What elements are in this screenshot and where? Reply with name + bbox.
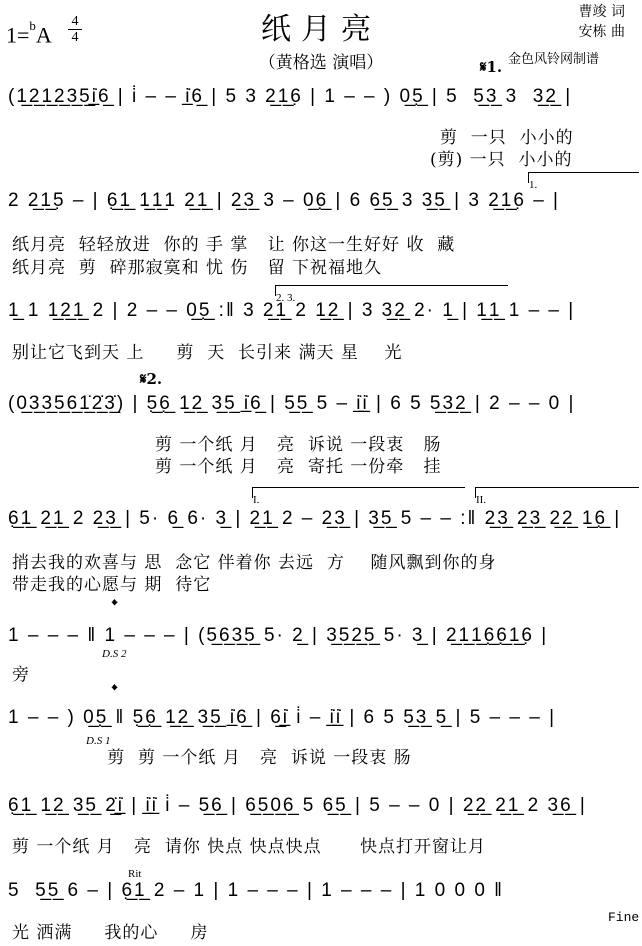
lyric-line-9a: 光 洒满 我的心 房 xyxy=(12,918,208,943)
score-line-2: 2 2̲1̲5̣ – | 6̣̲1̲ 1̲1̲1 2̲1̲ | 2̲3̲ 3 –… xyxy=(8,190,638,230)
score-line-9: 5 5̲5̲ 6 – | 6̣̲1̲ 2 – 1 | 1 – – – | 1 –… xyxy=(8,880,638,920)
score-line-5: 6̣̲1̲ 2̲1̲ 2 2̲3̲ | 5· 6̲ 6· 3̲ | 2̲1̲ 2… xyxy=(8,508,638,548)
coda-mark-2: 𝄌 xyxy=(112,681,117,699)
lyric-line-2b: 纸月亮 剪 碎那寂寞和 忧 伤 留 下祝福地久 xyxy=(12,253,382,278)
score-line-7: 1 – – ) 0̲5̣̲ ‖ 5̣̲6̣̲ 1̲2̲ 3̲5̲ i̲̇6̲ |… xyxy=(8,707,638,747)
score-line-4: (0̲3̲3̲5̲6̲1̲̇2̲̇3̲̇) | 5̣̲6̣̲ 1̲2̲ 3̲5̲… xyxy=(8,393,638,433)
volta-II-bracket: II. xyxy=(475,487,639,498)
lyricist: 曹竣 词 xyxy=(545,2,625,22)
lyric-line-5b: 带走我的心愿与 期 待它 xyxy=(12,570,211,595)
lyric-line-2a: 纸月亮 轻轻放进 你的 手 掌 让 你这一生好好 收 藏 xyxy=(12,230,455,255)
volta-I-bracket: I. xyxy=(252,487,465,498)
segno-1-mark: 𝄋1. xyxy=(480,58,502,76)
score-line-8: 6̣̲1̲ 1̲2̲ 3̲5̲ 2̲̇i̲̇ | i̲̇i̲̇ i̇ – 5̲6… xyxy=(8,795,638,835)
coda-mark: 𝄌 xyxy=(112,596,117,614)
score-line-6: 1 – – – ‖ 1 – – – | (5̲6̲3̲5̲ 5· 2̲ | 3̲… xyxy=(8,625,638,665)
lyric-line-7a: 剪 剪 一个纸 月 亮 诉说 一段衷 肠 xyxy=(88,743,412,768)
credits: 曹竣 词 安栋 曲 xyxy=(545,2,625,42)
composer: 安栋 曲 xyxy=(545,22,625,42)
ritardando-mark: Rit xyxy=(128,868,141,880)
lyric-line-4b: 剪 一个纸 月 亮 寄托 一份牵 挂 xyxy=(155,452,441,477)
lyric-line-6a: 旁 xyxy=(12,660,30,685)
score-line-1: (1̲2̲1̲2̲3̲5̲i̲̇6̲ | i̇ – – i̲̇6̲ | 5 3 … xyxy=(8,86,638,126)
volta-1-bracket: 1. xyxy=(528,172,639,183)
volta-2-3-bracket: 2. 3. xyxy=(275,285,508,296)
lyric-line-1b: (剪) 一只 小小的 xyxy=(430,145,572,170)
segno-2-mark: 𝄋2. xyxy=(140,370,162,388)
lyric-line-3a: 别让它飞到天 上 剪 天 长引来 满天 星 光 xyxy=(12,338,402,363)
lyric-line-8a: 剪 一个纸 月 亮 请你 快点 快点快点 快点打开窗让月 xyxy=(12,832,486,857)
score-line-3: 1̲ 1 1̲2̲1̲ 2 | 2 – – 0̲5̣̲ :‖ 3 2̲1̲ 2 … xyxy=(8,300,638,340)
source-credit: 金色风铃网制谱 xyxy=(508,48,599,67)
